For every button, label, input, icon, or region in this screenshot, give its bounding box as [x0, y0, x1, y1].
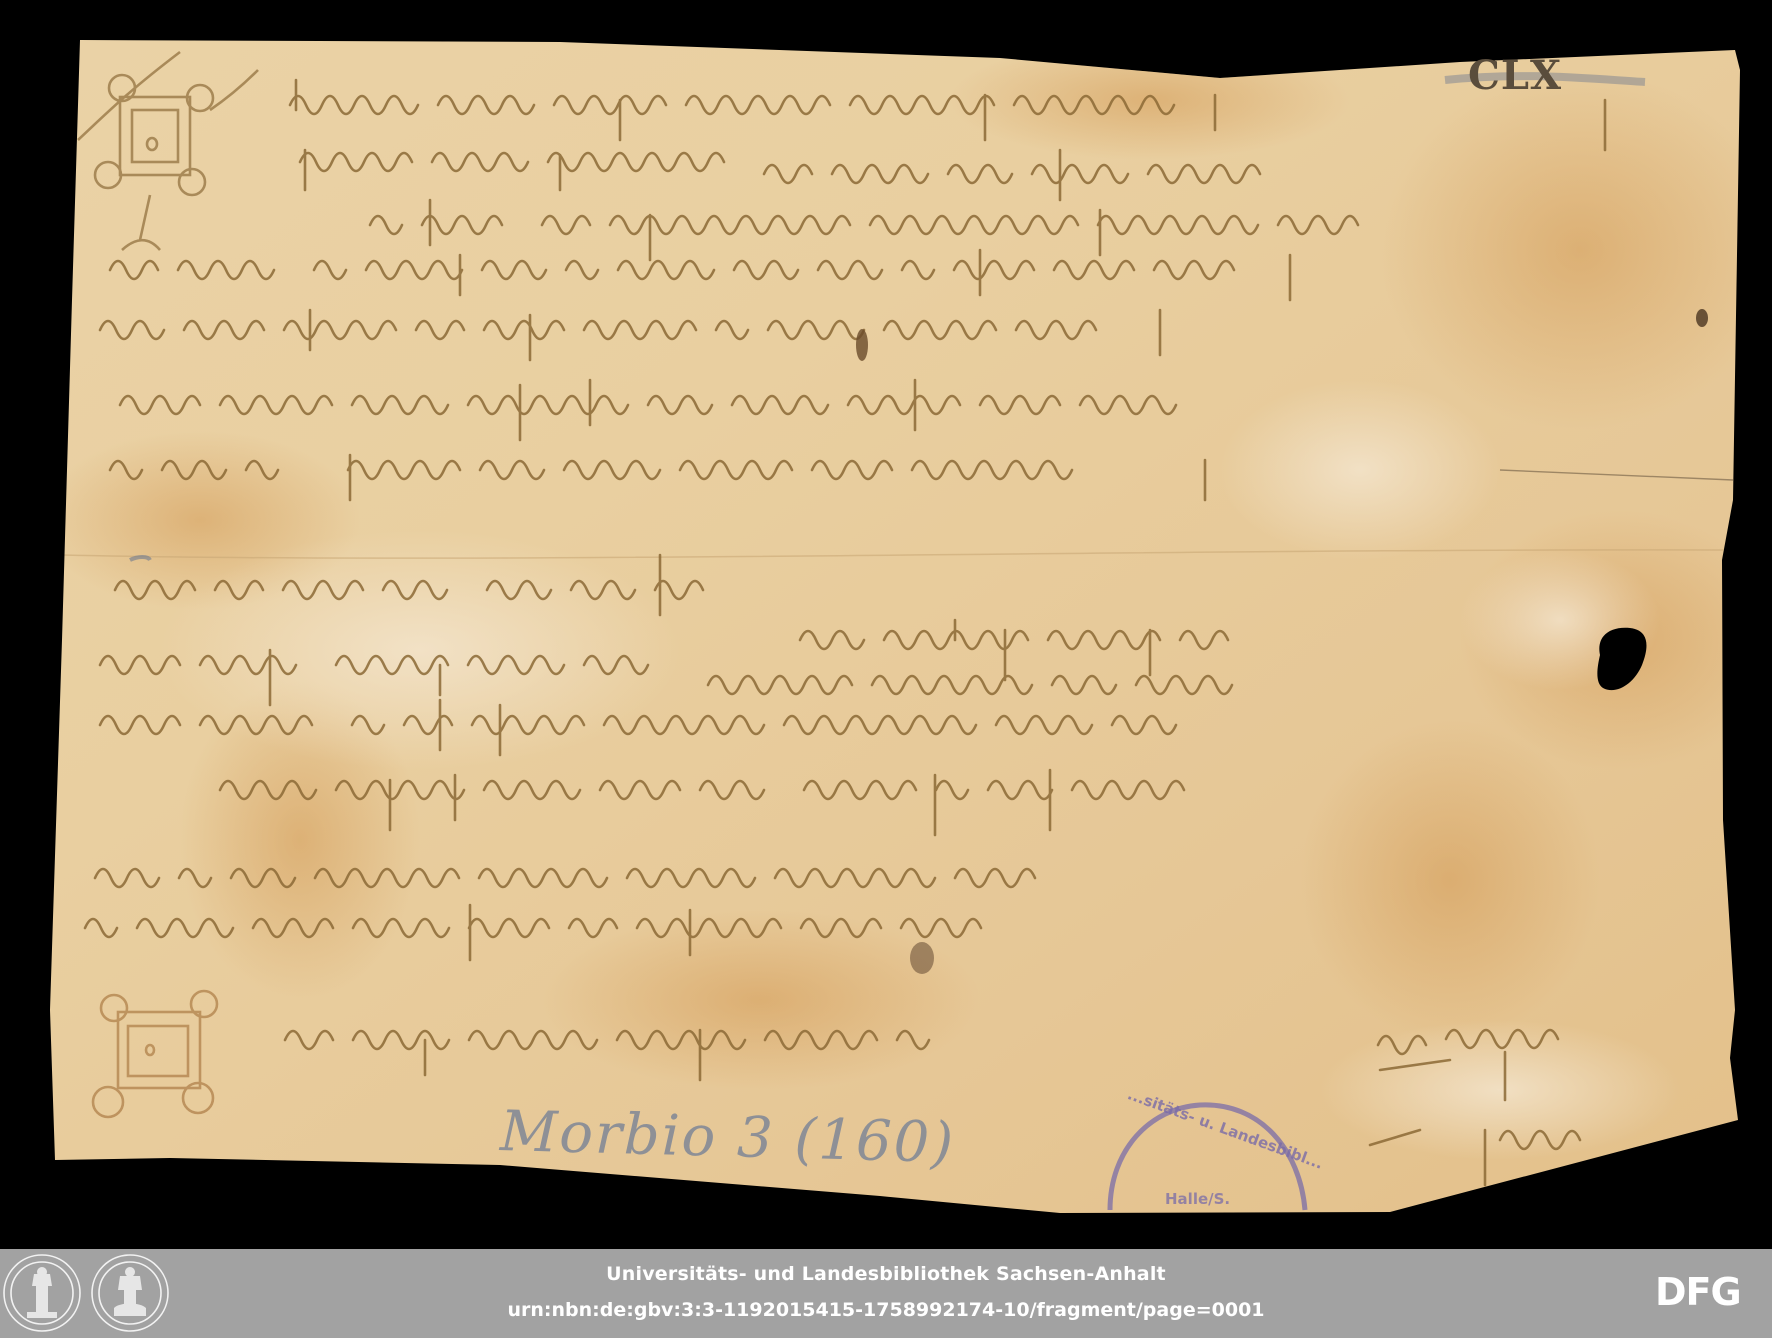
urn-link[interactable]: urn:nbn:de:gbv:3:3-1192015415-1758992174…: [0, 1299, 1772, 1321]
dfg-logo: DFG: [1655, 1273, 1741, 1311]
institution-name: Universitäts- und Landesbibliothek Sachs…: [0, 1263, 1772, 1285]
document-viewer: CLX Morbio 3 (160) ...sitäts- u. Landesb…: [0, 0, 1772, 1249]
ink-blot: [910, 942, 934, 974]
ink-blot: [856, 329, 868, 361]
ink-blot: [1696, 309, 1708, 327]
pencil-shelfmark: Morbio 3 (160): [499, 1099, 956, 1176]
stamp-city: Halle/S.: [1165, 1190, 1230, 1208]
library-footer: Universitäts- und Landesbibliothek Sachs…: [0, 1249, 1772, 1338]
parchment-image: [0, 0, 1772, 1249]
folio-number: CLX: [1468, 52, 1562, 99]
